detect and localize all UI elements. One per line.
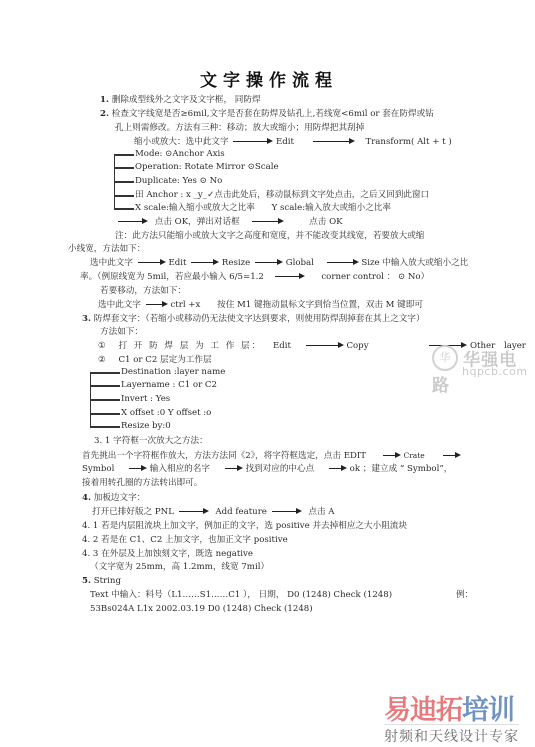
bracket-tick — [90, 413, 120, 415]
path-step: Edit — [168, 258, 186, 268]
path-step: Size 中输入放大或缩小之比 — [361, 258, 468, 268]
scale-path: 缩小或放大：选中此文字 Edit Transform( Alt + t ) — [134, 137, 452, 148]
note-line-2: 小线宽，方法如下： — [68, 244, 145, 255]
bracket-tick — [90, 399, 120, 401]
section-number: 5. — [82, 576, 91, 586]
path-step: Add feature — [215, 507, 267, 517]
example-label: 例： — [456, 590, 473, 601]
circled-1-icon: ① — [98, 341, 106, 351]
move-path: 选中此文字 ctrl +x 按住 M1 键拖动鼠标文字到恰当位置，双击 M 键即… — [98, 300, 423, 311]
x-scale: X scale:输入缩小或放大之比率 — [135, 203, 255, 213]
param-offset: X offset :0 Y offset :o — [121, 408, 211, 419]
arrow-icon — [233, 141, 271, 142]
section-5: 5. String — [82, 576, 121, 587]
path-step: 选中此文字 — [90, 258, 133, 268]
section-4-2: 4. 2 若是在 C1、C2 上加文字，也加正文字 positive — [82, 535, 288, 546]
hqpcb-watermark: 华 华强电路 hqpcb.com — [432, 345, 535, 396]
confirm-path: 点击 OK，弹出对话框 点击 OK — [116, 217, 343, 228]
page-title: 文字操作流程 — [200, 66, 338, 91]
bracket-tick — [114, 167, 134, 169]
watermark-brand: 易迪拓 — [384, 695, 462, 726]
arrow-icon — [129, 468, 145, 469]
section-text: String — [94, 576, 121, 586]
section-2-line-1: 2. 检查文字线宽是否≥6mil,文字是否套在防焊及钻孔上,若线宽<6mil o… — [100, 109, 434, 120]
section-text: 首先挑出一个字符框作放大，方法方法同《2》，将字符框选定，点击 EDIT — [82, 451, 366, 461]
path-step: 打开已排好版之 PNL — [92, 507, 174, 517]
section-2-line-2: 孔上则需修改。方法有三种：移动；放大或缩小；用防焊把其刮掉 — [115, 123, 364, 134]
section-5-line-2: 53Bs024A L1x 2002.03.19 D0 (1248) Check … — [90, 604, 313, 615]
arrow-icon — [225, 468, 241, 469]
path-label: 缩小或放大：选中此文字 — [134, 137, 229, 147]
section-1: 1. 删除成型线外之文字及文字框， 同防焊 — [100, 95, 261, 106]
edt-watermark: 易迪拓培训 射频和天线设计专家 — [384, 688, 514, 727]
arrow-icon — [191, 262, 217, 263]
arrow-icon — [383, 455, 399, 456]
path-step: Edit — [273, 341, 291, 351]
param-layername: Layername : C1 or C2 — [121, 380, 217, 391]
path-step: 点击 OK — [309, 217, 342, 227]
bracket-tick — [114, 181, 134, 183]
arrow-icon — [252, 221, 282, 222]
path-step: Global — [286, 258, 314, 268]
arrow-icon — [118, 221, 146, 222]
path-step: Symbol — [82, 464, 114, 474]
resize-example: 率。（例原线宽为 5mil，若应最小输入 6/5=1.2 — [80, 272, 264, 282]
section-4-3: 4. 3 在外层及上加蚀刻文字，既选 negative — [82, 549, 253, 560]
section-3-1-line-1: 首先挑出一个字符框作放大，方法方法同《2》，将字符框选定，点击 EDIT Cra… — [82, 450, 461, 462]
arrow-icon — [179, 511, 207, 512]
arrow-icon — [146, 304, 166, 305]
path-step: Transform( Alt + t ) — [365, 137, 451, 147]
arrow-icon — [306, 345, 342, 346]
section-3-1-title: 3. 1 字符框一次放大之方法： — [94, 436, 208, 447]
section-3: 3. 防焊套文字：（若缩小或移动仍无法使文字达到要求，则使用防焊刮掉套在其上之文… — [82, 314, 425, 325]
document-page: 文字操作流程 1. 删除成型线外之文字及文字框， 同防焊 2. 检查文字线宽是否… — [0, 0, 535, 747]
step-2: ② C1 or C2 层定为工作层 — [98, 355, 212, 366]
step-label: C1 or C2 层定为工作层 — [118, 355, 211, 365]
section-4-path: 打开已排好版之 PNL Add feature 点击 A — [92, 507, 335, 518]
section-5-line-1: Text 中输入：料号（L1……S1……C1 ）， 日期， D0 (1248) … — [90, 590, 392, 601]
hqpcb-logo-icon: 华 — [432, 345, 458, 371]
arrow-icon — [327, 262, 357, 263]
section-number: 1. — [100, 95, 109, 105]
bracket-tick — [114, 208, 134, 210]
bracket-tick — [90, 372, 120, 374]
arrow-icon — [138, 262, 164, 263]
param-destination: Destination :layer name — [121, 367, 225, 378]
move-title: 若要移动，方法如下： — [100, 286, 186, 297]
watermark-brand-suffix: 培训 — [462, 695, 514, 726]
section-text: 检查文字线宽是否≥6mil,文字是否套在防焊及钻孔上,若线宽<6mil or 套… — [112, 109, 434, 119]
option-scale: X scale:输入缩小或放大之比率 Y scale:输入放大或缩小之比率 — [135, 203, 391, 214]
path-step: Copy — [346, 341, 368, 351]
arrow-icon — [443, 455, 459, 456]
watermark-url: hqpcb.com — [462, 365, 527, 378]
section-text: 加板边文字： — [94, 493, 146, 503]
param-invert: Invert : Yes — [121, 394, 170, 405]
arrow-icon — [275, 276, 303, 277]
section-text: 防焊套文字：（若缩小或移动仍无法使文字达到要求，则使用防焊刮掉套在其上之文字） — [94, 314, 425, 324]
option-mode: Mode: ⊙Anchor Axis — [135, 149, 225, 160]
step-label: 打 开 防 焊 层 为 工 作 层： — [118, 341, 262, 351]
path-step: 点击 OK，弹出对话框 — [155, 217, 240, 227]
param-resize: Resize by:0 — [121, 421, 171, 432]
path-step: 点击 A — [308, 507, 334, 517]
section-3-1-line-2: Symbol 输入相应的名字 找到对应的中心点 ok ；建立成 “ Symbol… — [82, 464, 452, 475]
path-step: ctrl +x — [170, 300, 200, 310]
option-duplicate: Duplicate: Yes ⊙ No — [135, 176, 222, 187]
watermark-tagline: 射频和天线设计专家 — [384, 724, 519, 746]
bracket-tick — [90, 385, 120, 387]
path-step: 按住 M1 键拖动鼠标文字到恰当位置，双击 M 键即可 — [217, 300, 423, 310]
y-scale: Y scale:输入放大或缩小之比率 — [272, 203, 391, 213]
note-line-1: 注：此方法只能缩小或放大文字之高度和宽度，并不能改变其线宽，若要放大或缩 — [115, 231, 424, 242]
section-4: 4. 加板边文字： — [82, 493, 145, 504]
section-number: 4. — [82, 493, 91, 503]
arrow-icon — [313, 141, 353, 142]
circled-2-icon: ② — [98, 355, 106, 365]
path-step: Resize — [222, 258, 250, 268]
arrow-icon — [255, 262, 281, 263]
section-4-1: 4. 1 若是内层阻流块上加文字，例加正的文字，选 positive 并去掉相应… — [82, 521, 407, 532]
section-number: 3. — [82, 314, 91, 324]
method-title: 方法如下： — [100, 327, 143, 338]
resize-path: 选中此文字 Edit Resize Global Size 中输入放大或缩小之比 — [90, 258, 468, 269]
bracket-tick — [90, 426, 120, 428]
path-step: 选中此文字 — [98, 300, 141, 310]
option-anchor: 田 Anchor : x _y_✓点击此处后，移动鼠标到文字处点击，之后又回到此… — [135, 190, 429, 201]
path-step: ok ；建立成 “ Symbol”， — [350, 464, 453, 474]
bracket-tick — [114, 195, 134, 197]
section-text: 删除成型线外之文字及文字框， 同防焊 — [112, 95, 261, 105]
path-step: 找到对应的中心点 — [245, 464, 314, 474]
path-step: Crate — [403, 451, 424, 460]
path-step: Edit — [276, 137, 294, 147]
arrow-icon — [329, 468, 345, 469]
section-4-3-note: （文字宽为 25mm，高 1.2mm，线宽 7mil） — [90, 562, 269, 573]
section-3-1-line-3: 接着用转孔圈的方法转出即可。 — [82, 478, 202, 489]
arrow-icon — [272, 511, 300, 512]
bracket-tick — [114, 154, 134, 156]
path-step: 输入相应的名字 — [150, 464, 210, 474]
option-operation: Operation: Rotate Mirror ⊙Scale — [135, 162, 279, 173]
section-number: 2. — [100, 109, 109, 119]
resize-line-2: 率。（例原线宽为 5mil，若应最小输入 6/5=1.2 corner cont… — [80, 272, 429, 283]
corner-control: corner control ： ⊙ No） — [321, 272, 429, 282]
